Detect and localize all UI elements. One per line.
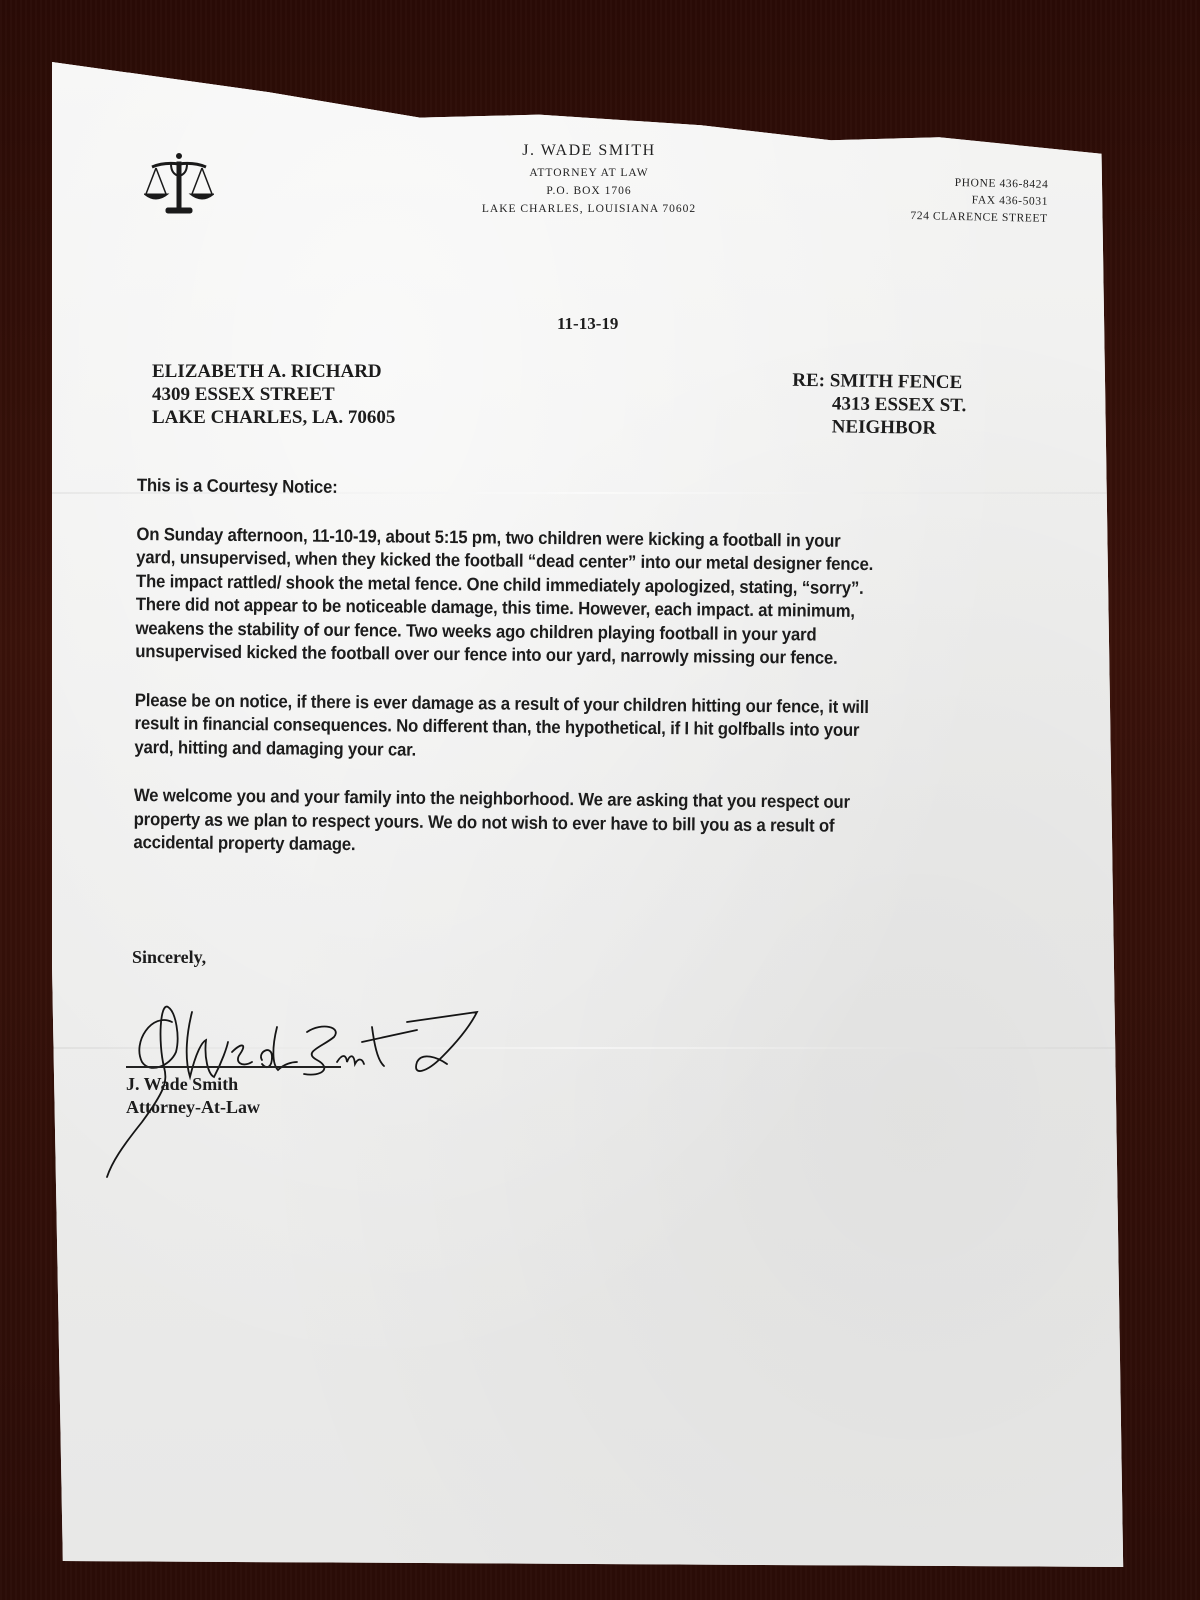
- signer-block: J. Wade Smith Attorney-At-Law: [126, 1073, 260, 1119]
- paragraph-incident: On Sunday afternoon, 11-10-19, about 5:1…: [135, 522, 955, 671]
- salutation: This is a Courtesy Notice:: [137, 474, 956, 505]
- recipient-name: ELIZABETH A. RICHARD: [152, 360, 395, 383]
- reference-note: NEIGHBOR: [792, 415, 967, 440]
- recipient-street: 4309 ESSEX STREET: [152, 383, 395, 406]
- paragraph-welcome: We welcome you and your family into the …: [133, 784, 952, 862]
- reference-block: RE: SMITH FENCE 4313 ESSEX ST. NEIGHBOR: [792, 369, 967, 440]
- street-address: 724 CLARENCE STREET: [868, 209, 1048, 225]
- valediction: Sincerely,: [132, 947, 206, 968]
- signer-name: J. Wade Smith: [126, 1073, 260, 1096]
- contact-info: PHONE 436-8424 FAX 436-5031 724 CLARENCE…: [867, 175, 1048, 230]
- phone-number: PHONE 436-8424: [868, 175, 1048, 191]
- letterhead: J. WADE SMITH ATTORNEY AT LAW P.O. BOX 1…: [444, 142, 734, 221]
- reference-subject: RE: SMITH FENCE: [792, 369, 967, 394]
- letter-page: J. WADE SMITH ATTORNEY AT LAW P.O. BOX 1…: [52, 62, 1134, 1567]
- paragraph-notice: Please be on notice, if there is ever da…: [134, 688, 953, 766]
- signature-line: [126, 1066, 341, 1068]
- letter-body: This is a Courtesy Notice: On Sunday aft…: [133, 474, 955, 887]
- reference-address: 4313 ESSEX ST.: [792, 392, 967, 417]
- letter-date: 11-13-19: [557, 314, 618, 334]
- fax-number: FAX 436-5031: [868, 192, 1048, 208]
- recipient-city: LAKE CHARLES, LA. 70605: [152, 406, 395, 429]
- attorney-name: J. WADE SMITH: [444, 142, 734, 160]
- scales-of-justice-icon: [144, 150, 214, 218]
- attorney-title: ATTORNEY AT LAW: [444, 167, 734, 179]
- signer-title: Attorney-At-Law: [126, 1096, 260, 1119]
- city-state-zip: LAKE CHARLES, LOUISIANA 70602: [444, 203, 734, 215]
- po-box: P.O. BOX 1706: [444, 185, 734, 197]
- recipient-address: ELIZABETH A. RICHARD 4309 ESSEX STREET L…: [152, 360, 395, 429]
